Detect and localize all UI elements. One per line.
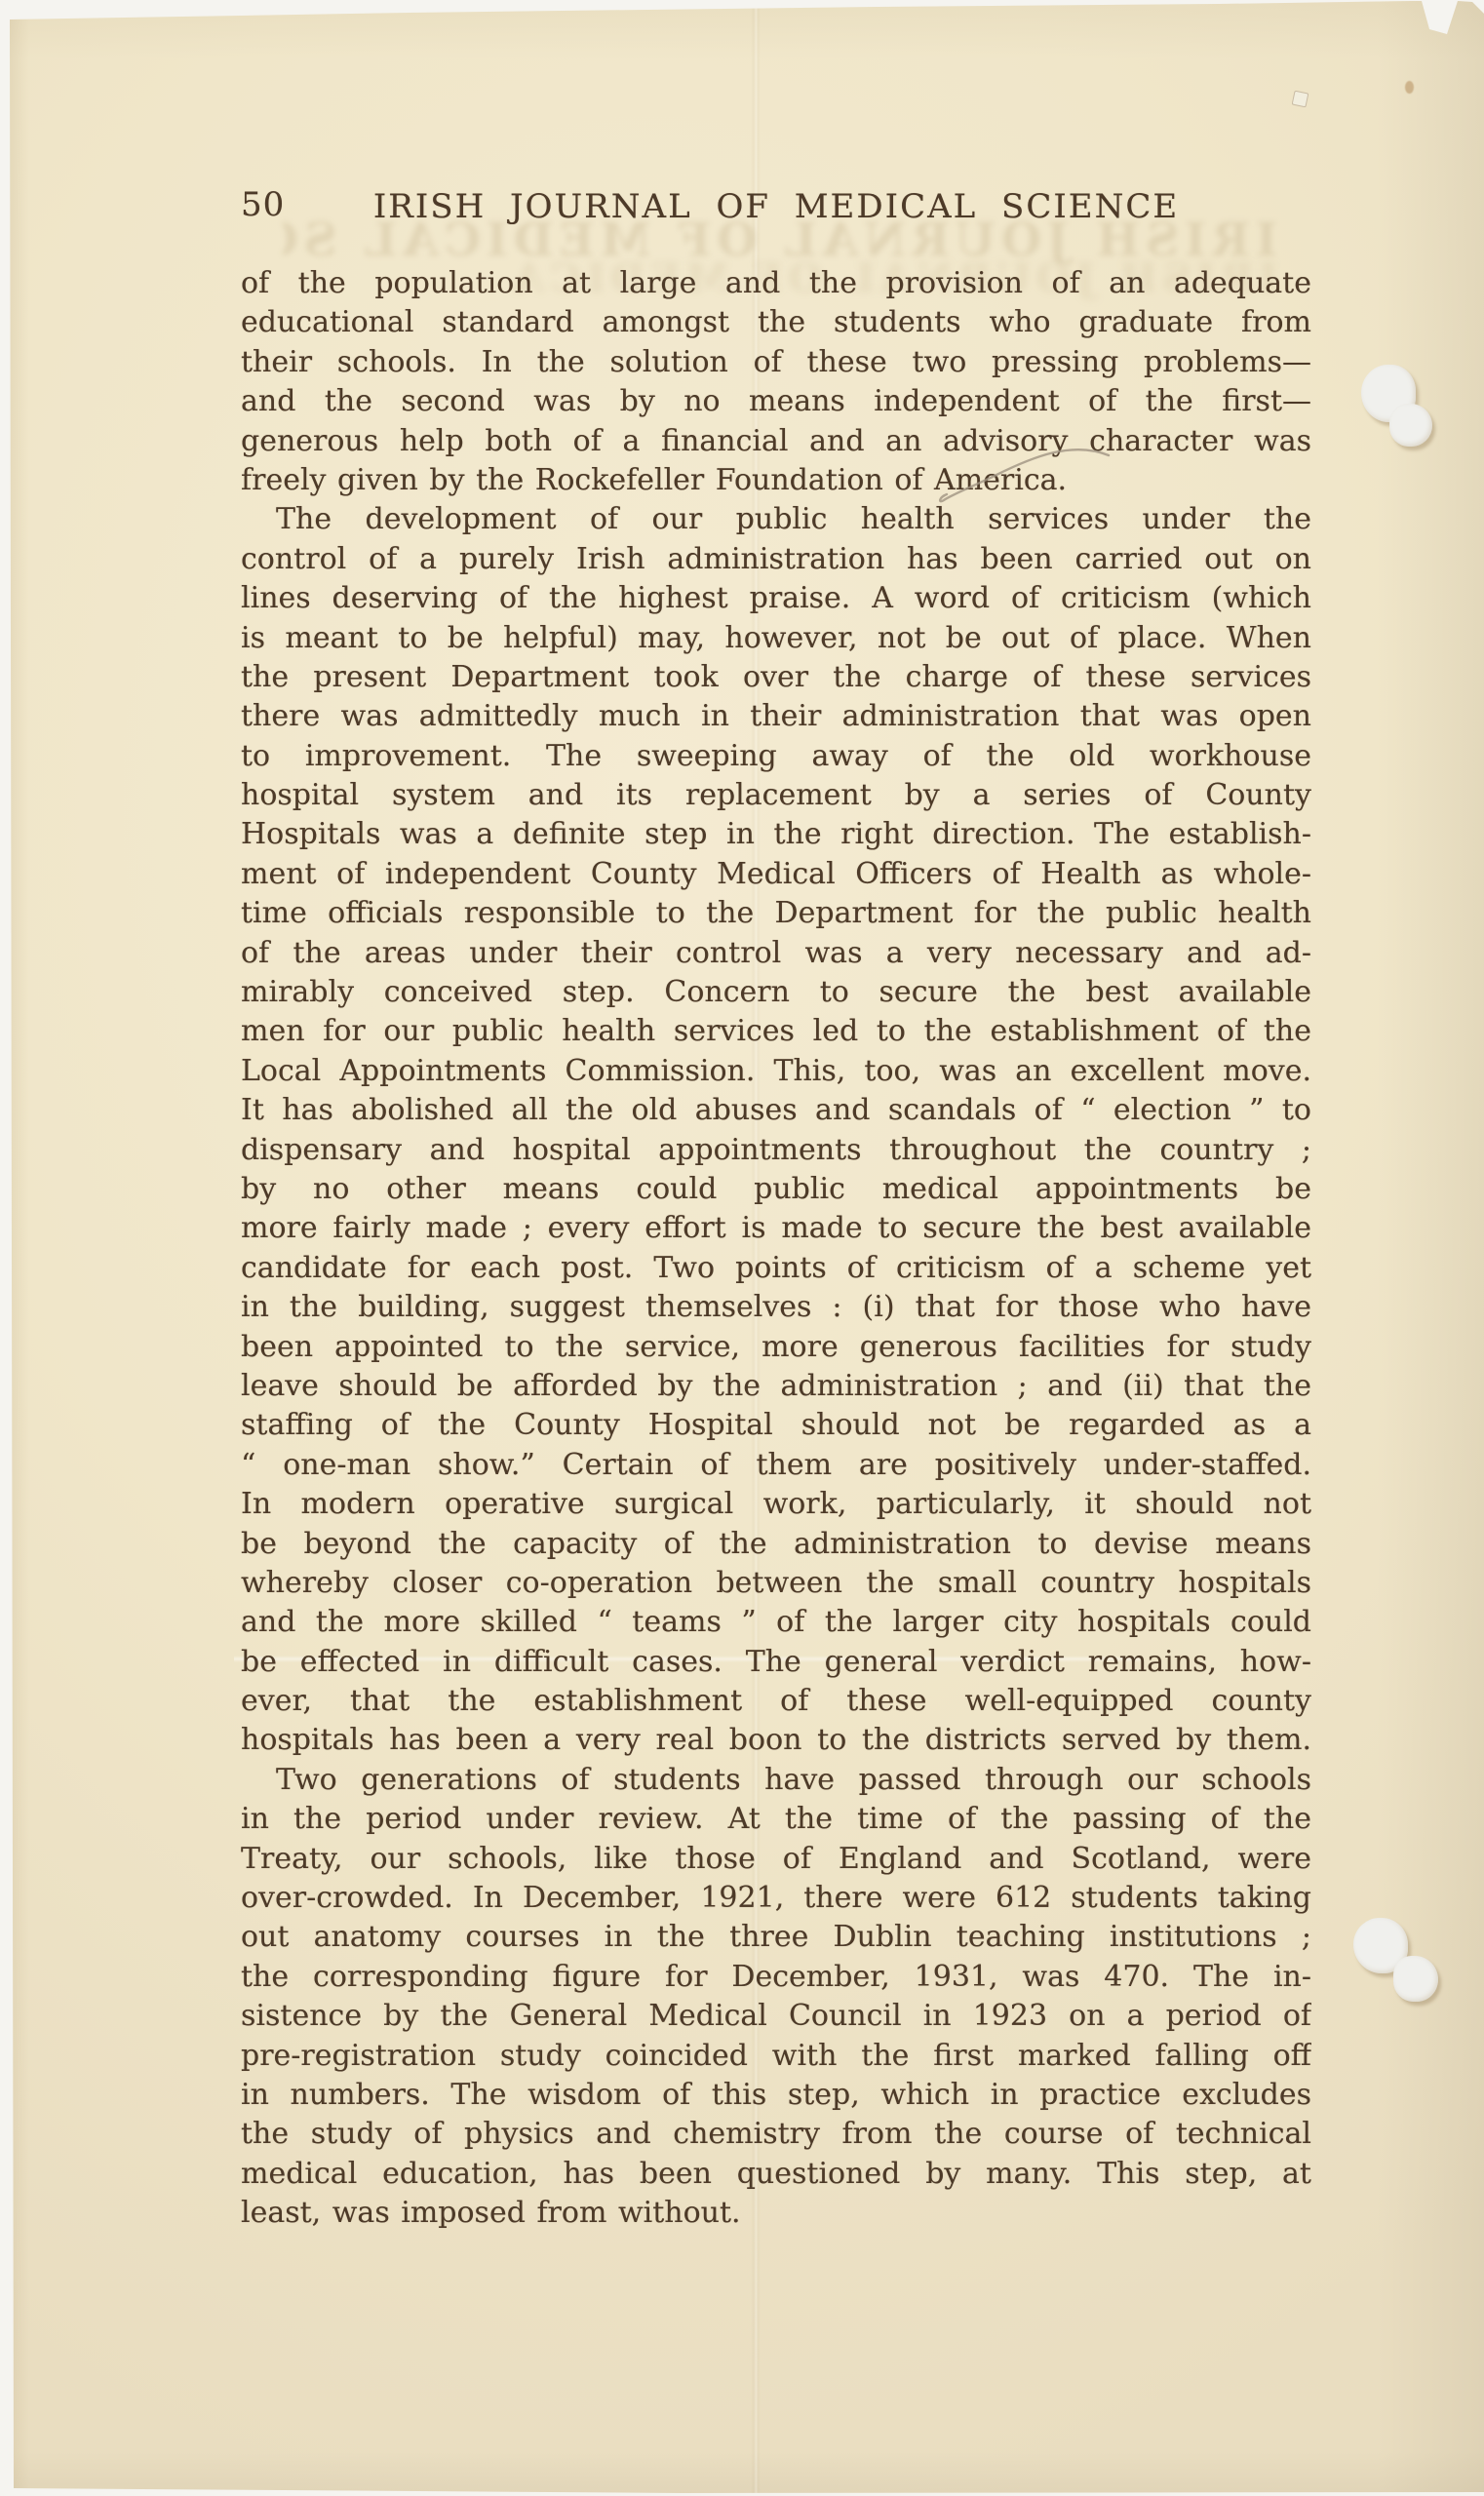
text-line: least, was imposed from without. (241, 2194, 1311, 2233)
text-line: “ one-man show.” Certain of them are pos… (241, 1446, 1311, 1485)
text-line: generous help both of a financial and an… (241, 422, 1311, 461)
text-line: educational standard amongst the student… (241, 303, 1311, 342)
text-line: control of a purely Irish administration… (241, 540, 1311, 579)
paragraph: Two generations of students have passed … (241, 1761, 1311, 2234)
text-line: mirably conceived step. Concern to secur… (241, 973, 1311, 1012)
text-line: more fairly made ; every effort is made … (241, 1209, 1311, 1248)
text-line: the corresponding figure for December, 1… (241, 1958, 1311, 1997)
text-line: in the building, suggest themselves : (i… (241, 1288, 1311, 1327)
paragraph: of the population at large and the provi… (241, 264, 1311, 500)
paper-speck (1292, 91, 1309, 108)
text-line: in the period under review. At the time … (241, 1800, 1311, 1839)
text-line: The development of our public health ser… (241, 500, 1311, 539)
text-line: Two generations of students have passed … (241, 1761, 1311, 1800)
text-line: time officials responsible to the Depart… (241, 894, 1311, 933)
text-line: leave should be afforded by the administ… (241, 1367, 1311, 1406)
text-line: by no other means could public medical a… (241, 1170, 1311, 1209)
text-line: whereby closer co-operation between the … (241, 1564, 1311, 1603)
text-line: It has abolished all the old abuses and … (241, 1091, 1311, 1130)
paragraph: The development of our public health ser… (241, 500, 1311, 1761)
running-title: IRISH JOURNAL OF MEDICAL SCIENCE (241, 187, 1311, 226)
text-line: Treaty, our schools, like those of Engla… (241, 1840, 1311, 1879)
text-line: Local Appointments Commission. This, too… (241, 1052, 1311, 1091)
paper-speck (1405, 81, 1414, 94)
text-line: their schools. In the solution of these … (241, 343, 1311, 382)
text-line: the study of physics and chemistry from … (241, 2115, 1311, 2154)
text-line: been appointed to the service, more gene… (241, 1328, 1311, 1367)
text-line: pre-registration study coincided with th… (241, 2037, 1311, 2076)
text-line: and the second was by no means independe… (241, 382, 1311, 421)
text-line: there was admittedly much in their admin… (241, 697, 1311, 736)
text-line: of the population at large and the provi… (241, 264, 1311, 303)
scanned-journal-page: IRISH JOURNAL OF MEDICAL SCIENCE IRISH J… (0, 0, 1484, 2496)
text-line: to improvement. The sweeping away of the… (241, 737, 1311, 776)
text-line: staffing of the County Hospital should n… (241, 1406, 1311, 1445)
text-line: Hospitals was a definite step in the rig… (241, 815, 1311, 854)
text-line: medical education, has been questioned b… (241, 2155, 1311, 2194)
text-line: men for our public health services led t… (241, 1012, 1311, 1051)
text-line: candidate for each post. Two points of c… (241, 1249, 1311, 1288)
text-line: ment of independent County Medical Offic… (241, 855, 1311, 894)
text-line: dispensary and hospital appointments thr… (241, 1131, 1311, 1170)
punch-hole-top-small (1389, 404, 1432, 447)
punch-hole-bottom-small (1393, 1956, 1438, 2002)
page-text: of the population at large and the provi… (241, 264, 1311, 2234)
text-line: In modern operative surgical work, parti… (241, 1485, 1311, 1524)
text-line: be effected in difficult cases. The gene… (241, 1643, 1311, 1682)
text-line: and the more skilled “ teams ” of the la… (241, 1603, 1311, 1642)
text-line: in numbers. The wisdom of this step, whi… (241, 2076, 1311, 2115)
text-line: out anatomy courses in the three Dublin … (241, 1918, 1311, 1957)
text-line: the present Department took over the cha… (241, 658, 1311, 697)
text-line: over-crowded. In December, 1921, there w… (241, 1879, 1311, 1918)
text-line: is meant to be helpful) may, however, no… (241, 619, 1311, 658)
text-line: sistence by the General Medical Council … (241, 1997, 1311, 2036)
text-line: be beyond the capacity of the administra… (241, 1525, 1311, 1564)
text-line: ever, that the establishment of these we… (241, 1682, 1311, 1721)
text-line: hospitals has been a very real boon to t… (241, 1721, 1311, 1760)
text-line: freely given by the Rockefeller Foundati… (241, 461, 1311, 500)
text-line: lines deserving of the highest praise. A… (241, 579, 1311, 618)
text-line: of the areas under their control was a v… (241, 934, 1311, 973)
text-line: hospital system and its replacement by a… (241, 776, 1311, 815)
